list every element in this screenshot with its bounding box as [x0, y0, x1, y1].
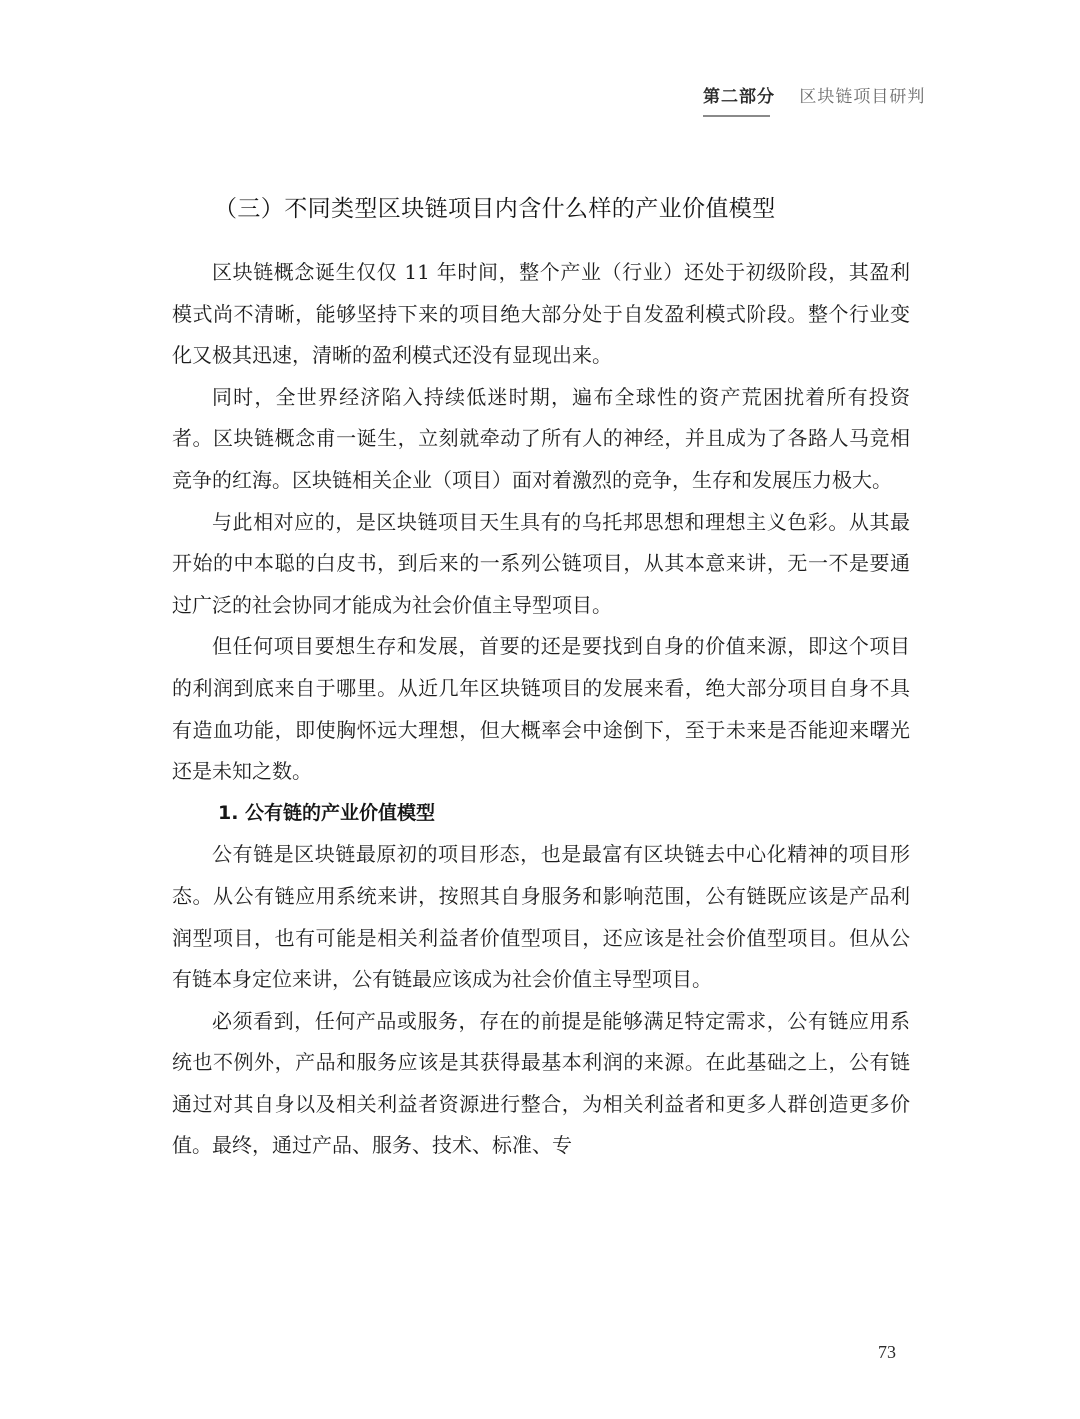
- paragraph: 必须看到，任何产品或服务，存在的前提是能够满足特定需求，公有链应用系统也不例外，…: [172, 1001, 910, 1167]
- header-part-text: 第二部分: [703, 87, 775, 107]
- header-underline: [703, 115, 770, 117]
- page-number: 73: [878, 1342, 896, 1363]
- header-topic: 区块链项目研判: [799, 87, 925, 107]
- header-part-label: 第二部分: [703, 82, 775, 107]
- paragraph: 与此相对应的，是区块链项目天生具有的乌托邦思想和理想主义色彩。从其最开始的中本聪…: [172, 502, 910, 627]
- paragraph: 但任何项目要想生存和发展，首要的还是要找到自身的价值来源，即这个项目的利润到底来…: [172, 626, 910, 792]
- paragraph: 区块链概念诞生仅仅 11 年时间，整个产业（行业）还处于初级阶段，其盈利模式尚不…: [172, 252, 910, 377]
- subsection-title: 1. 公有链的产业价值模型: [172, 793, 910, 835]
- paragraph: 公有链是区块链最原初的项目形态，也是最富有区块链去中心化精神的项目形态。从公有链…: [172, 834, 910, 1000]
- body-content: 区块链概念诞生仅仅 11 年时间，整个产业（行业）还处于初级阶段，其盈利模式尚不…: [172, 252, 910, 1167]
- running-header: 第二部分 区块链项目研判: [703, 82, 925, 107]
- section-title: （三）不同类型区块链项目内含什么样的产业价值模型: [214, 190, 776, 223]
- paragraph: 同时，全世界经济陷入持续低迷时期，遍布全球性的资产荒困扰着所有投资者。区块链概念…: [172, 377, 910, 502]
